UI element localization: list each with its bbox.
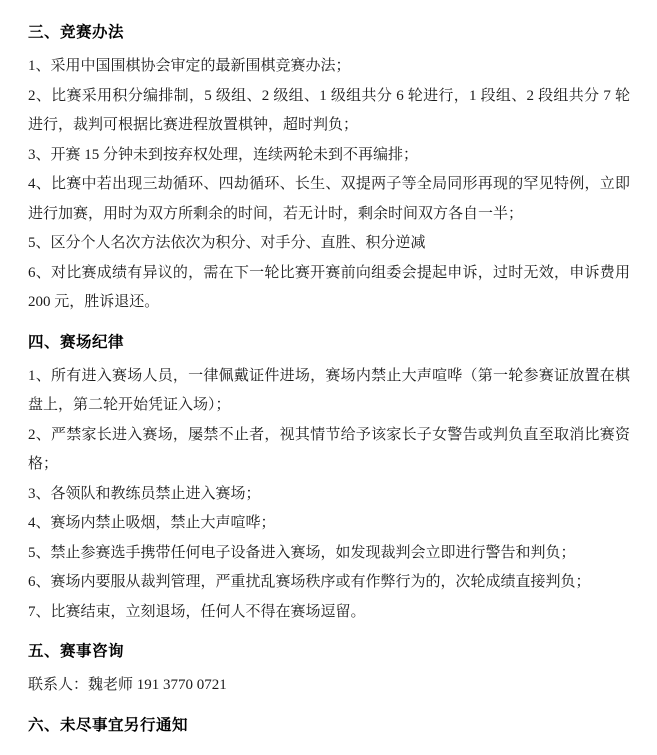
list-item: 6、对比赛成绩有异议的，需在下一轮比赛开赛前向组委会提起申诉，过时无效，申诉费用…: [28, 259, 630, 318]
section-competition-rules: 三、竞赛办法 1、采用中国围棋协会审定的最新围棋竞赛办法； 2、比赛采用积分编排…: [28, 22, 630, 318]
list-item: 4、赛场内禁止吸烟，禁止大声喧哗；: [28, 509, 630, 539]
list-item: 5、区分个人名次方法依次为积分、对手分、直胜、积分逆减: [28, 229, 630, 259]
contact-line: 联系人：魏老师 191 3770 0721: [28, 671, 630, 701]
list-item: 2、比赛采用积分编排制，5 级组、2 级组、1 级组共分 6 轮进行，1 段组、…: [28, 82, 630, 141]
list-item: 1、采用中国围棋协会审定的最新围棋竞赛办法；: [28, 52, 630, 82]
section-heading-venue-discipline: 四、赛场纪律: [28, 332, 630, 354]
list-item: 4、比赛中若出现三劫循环、四劫循环、长生、双提两子等全局同形再现的罕见特例，立即…: [28, 170, 630, 229]
list-item: 5、禁止参赛选手携带任何电子设备进入赛场，如发现裁判会立即进行警告和判负；: [28, 539, 630, 569]
section-other-notice: 六、未尽事宜另行通知: [28, 715, 630, 737]
section-heading-event-inquiry: 五、赛事咨询: [28, 641, 630, 663]
section-heading-competition-rules: 三、竞赛办法: [28, 22, 630, 44]
list-item: 3、开赛 15 分钟未到按弃权处理，连续两轮未到不再编排；: [28, 141, 630, 171]
section-venue-discipline: 四、赛场纪律 1、所有进入赛场人员，一律佩戴证件进场，赛场内禁止大声喧哗（第一轮…: [28, 332, 630, 628]
list-item: 1、所有进入赛场人员，一律佩戴证件进场，赛场内禁止大声喧哗（第一轮参赛证放置在棋…: [28, 362, 630, 421]
list-item: 2、严禁家长进入赛场，屡禁不止者，视其情节给予该家长子女警告或判负直至取消比赛资…: [28, 421, 630, 480]
list-item: 3、各领队和教练员禁止进入赛场；: [28, 480, 630, 510]
section-event-inquiry: 五、赛事咨询 联系人：魏老师 191 3770 0721: [28, 641, 630, 701]
section-heading-other-notice: 六、未尽事宜另行通知: [28, 715, 630, 737]
list-item: 7、比赛结束，立刻退场，任何人不得在赛场逗留。: [28, 598, 630, 628]
list-item: 6、赛场内要服从裁判管理，严重扰乱赛场秩序或有作弊行为的，次轮成绩直接判负；: [28, 568, 630, 598]
document-page: 三、竞赛办法 1、采用中国围棋协会审定的最新围棋竞赛办法； 2、比赛采用积分编排…: [0, 0, 657, 755]
